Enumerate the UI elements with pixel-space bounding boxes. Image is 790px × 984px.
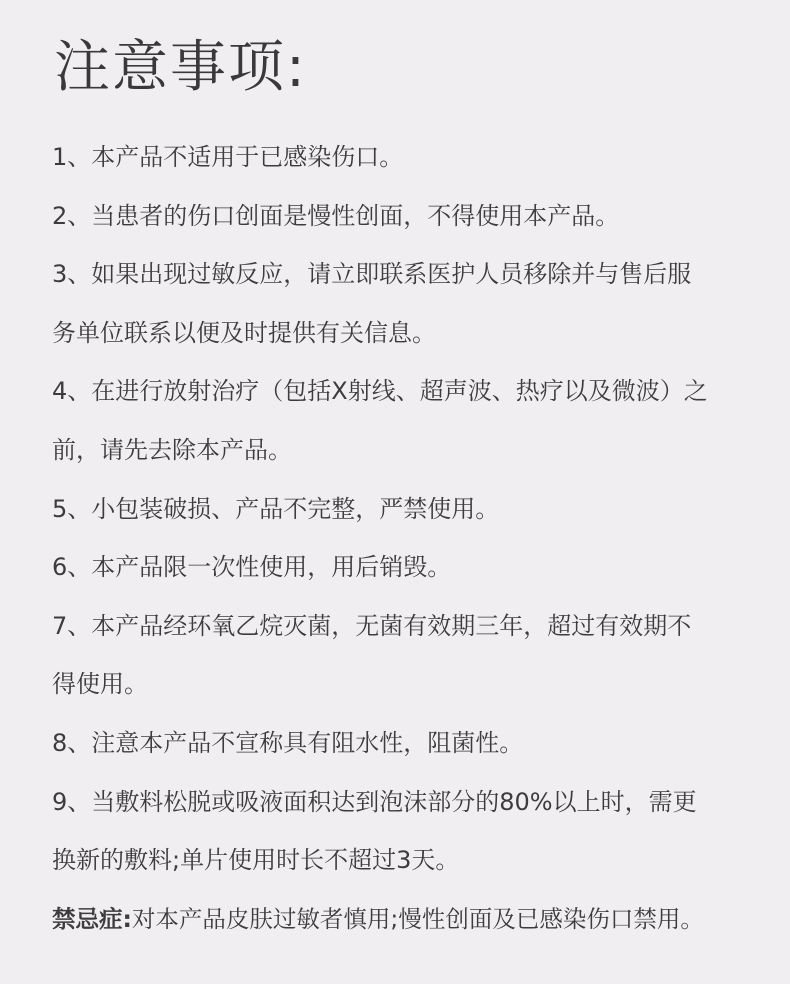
note-item-4-continued: 前，请先去除本产品。 <box>52 433 772 492</box>
contraindication-text: 对本产品皮肤过敏者慎用;慢性创面及已感染伤口禁用。 <box>132 905 704 933</box>
note-item-7: 7、本产品经环氧乙烷灭菌，无菌有效期三年，超过有效期不 <box>52 609 772 668</box>
note-item-9: 9、当敷料松脱或吸液面积达到泡沫部分的80%以上时，需更 <box>52 785 772 844</box>
note-item-7-continued: 得使用。 <box>52 667 772 726</box>
note-item-6: 6、本产品限一次性使用，用后销毁。 <box>52 550 772 609</box>
contraindication-label: 禁忌症: <box>52 905 132 933</box>
note-item-9-continued: 换新的敷料;单片使用时长不超过3天。 <box>52 843 772 902</box>
note-item-8: 8、注意本产品不宣称具有阻水性，阻菌性。 <box>52 726 772 785</box>
note-item-4: 4、在进行放射治疗（包括X射线、超声波、热疗以及微波）之 <box>52 374 772 433</box>
contraindication: 禁忌症:对本产品皮肤过敏者慎用;慢性创面及已感染伤口禁用。 <box>52 902 772 936</box>
note-item-3: 3、如果出现过敏反应，请立即联系医护人员移除并与售后服 <box>52 257 772 316</box>
notes-list: 1、本产品不适用于已感染伤口。 2、当患者的伤口创面是慢性创面，不得使用本产品。… <box>52 140 772 936</box>
note-item-3-continued: 务单位联系以便及时提供有关信息。 <box>52 316 772 375</box>
note-item-1: 1、本产品不适用于已感染伤口。 <box>52 140 772 199</box>
note-item-5: 5、小包装破损、产品不完整，严禁使用。 <box>52 492 772 551</box>
page-title: 注意事项: <box>54 30 307 106</box>
note-item-2: 2、当患者的伤口创面是慢性创面，不得使用本产品。 <box>52 199 772 258</box>
